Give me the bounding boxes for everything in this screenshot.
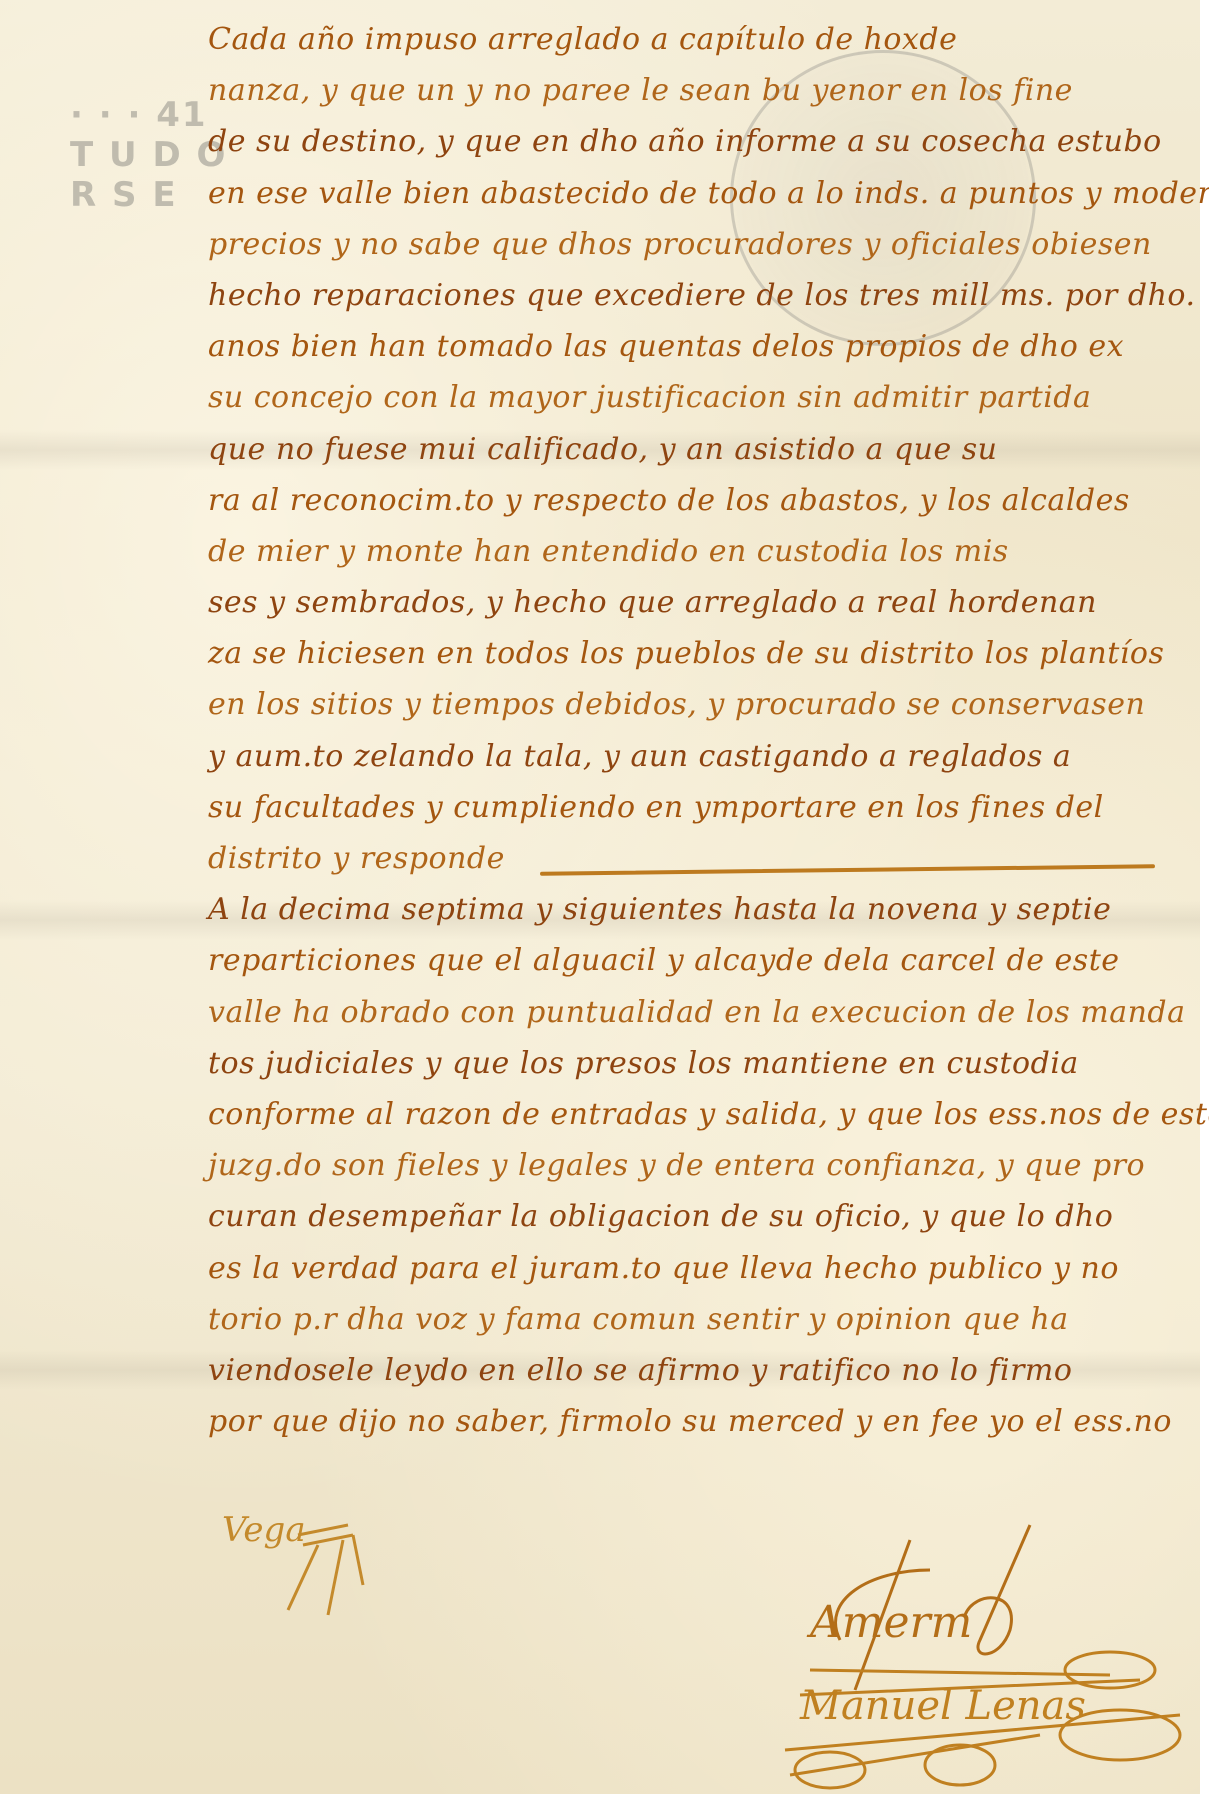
signature-flourish-icon bbox=[258, 1515, 378, 1625]
scan-border bbox=[1200, 0, 1209, 1794]
text-line: anos bien han tomado las quentas delos p… bbox=[208, 321, 1183, 372]
text-line: y aum.to zelando la tala, y aun castigan… bbox=[208, 731, 1183, 782]
text-line: conforme al razon de entradas y salida, … bbox=[208, 1089, 1183, 1140]
text-line: en ese valle bien abastecido de todo a l… bbox=[208, 168, 1183, 219]
text-line: distrito y responde bbox=[208, 833, 1183, 884]
text-line: A la decima septima y siguientes hasta l… bbox=[208, 884, 1183, 935]
text-line: reparticiones que el alguacil y alcayde … bbox=[208, 935, 1183, 986]
text-line: ses y sembrados, y hecho que arreglado a… bbox=[208, 577, 1183, 628]
text-line: precios y no sabe que dhos procuradores … bbox=[208, 219, 1183, 270]
text-line: por que dijo no saber, firmolo su merced… bbox=[208, 1396, 1183, 1447]
text-line: en los sitios y tiempos debidos, y procu… bbox=[208, 679, 1183, 730]
text-line: viendosele leydo en ello se afirmo y rat… bbox=[208, 1345, 1183, 1396]
manuscript-body: Cada año impuso arreglado a capítulo de … bbox=[208, 14, 1183, 1447]
text-line: su concejo con la mayor justificacion si… bbox=[208, 372, 1183, 423]
text-line: valle ha obrado con puntualidad en la ex… bbox=[208, 987, 1183, 1038]
text-line: hecho reparaciones que excediere de los … bbox=[208, 270, 1183, 321]
text-line: Cada año impuso arreglado a capítulo de … bbox=[208, 14, 1183, 65]
signature-name-1: Amerm bbox=[810, 1597, 972, 1648]
text-line: curan desempeñar la obligacion de su ofi… bbox=[208, 1191, 1183, 1242]
text-line: za se hiciesen en todos los pueblos de s… bbox=[208, 628, 1183, 679]
text-line: que no fuese mui calificado, y an asisti… bbox=[208, 424, 1183, 475]
text-line: de su destino, y que en dho año informe … bbox=[208, 116, 1183, 167]
text-line: de mier y monte han entendido en custodi… bbox=[208, 526, 1183, 577]
text-line: ra al reconocim.to y respecto de los aba… bbox=[208, 475, 1183, 526]
signature-name-2: Manuel Lenas bbox=[800, 1683, 1086, 1729]
signature-rubric-icon bbox=[780, 1520, 1200, 1790]
text-line: es la verdad para el juram.to que lleva … bbox=[208, 1243, 1183, 1294]
text-line: su facultades y cumpliendo en ymportare … bbox=[208, 782, 1183, 833]
text-line: tos judiciales y que los presos los mant… bbox=[208, 1038, 1183, 1089]
text-line: torio p.r dha voz y fama comun sentir y … bbox=[208, 1294, 1183, 1345]
text-line: juzg.do son fieles y legales y de entera… bbox=[208, 1140, 1183, 1191]
text-line: nanza, y que un y no paree le sean bu ye… bbox=[208, 65, 1183, 116]
